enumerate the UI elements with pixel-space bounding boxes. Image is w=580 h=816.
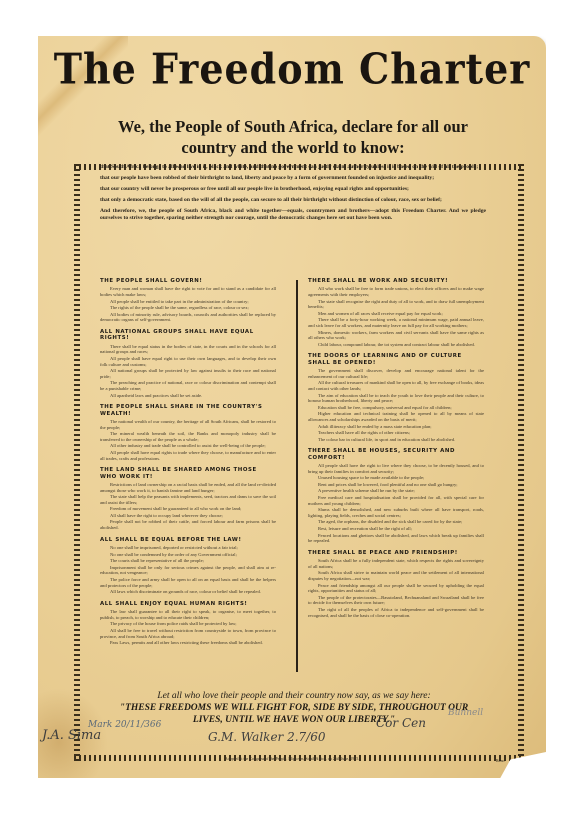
section-clause: Pass Laws, permits and all other laws re… [100, 640, 276, 646]
section-clause: There shall be equal status in the bodie… [100, 344, 276, 355]
section-heading: THERE SHALL BE HOUSES, SECURITY AND COMF… [308, 448, 484, 461]
column-divider [296, 280, 298, 672]
right-column: THERE SHALL BE WORK AND SECURITY!All who… [308, 278, 484, 624]
section-clause: All national groups shall be protected b… [100, 368, 276, 379]
section-clause: There shall be a forty-hour working week… [308, 317, 484, 328]
section-clause: Unused housing space to be made availabl… [308, 475, 484, 481]
section-heading: THE LAND SHALL BE SHARED AMONG THOSE WHO… [100, 467, 276, 480]
section-clause: Rent and prices shall be lowered, food p… [308, 482, 484, 488]
section-clause: A preventive health scheme shall be run … [308, 488, 484, 494]
section-heading: ALL NATIONAL GROUPS SHALL HAVE EQUAL RIG… [100, 329, 276, 342]
section-clause: All the cultural treasures of mankind sh… [308, 380, 484, 391]
section-clause: The state shall recognise the right and … [308, 299, 484, 310]
preamble-paragraph: And therefore, we, the people of South A… [100, 208, 486, 222]
charter-section: ALL SHALL ENJOY EQUAL HUMAN RIGHTS!The l… [100, 601, 276, 646]
charter-section: THERE SHALL BE HOUSES, SECURITY AND COMF… [308, 448, 484, 544]
charter-section: THERE SHALL BE PEACE AND FRIENDSHIP!Sout… [308, 550, 484, 618]
section-clause: All who work shall be free to form trade… [308, 286, 484, 297]
section-clause: The aim of education shall be to teach t… [308, 393, 484, 404]
section-clause: Freedom of movement shall be guaranteed … [100, 506, 276, 512]
section-clause: The privacy of the house from police rai… [100, 621, 276, 627]
section-clause: The preaching and practice of national, … [100, 380, 276, 391]
preamble-paragraph: that only a democratic state, based on t… [100, 197, 486, 204]
signature: J.A. Sima [42, 728, 101, 743]
section-clause: The national wealth of our country, the … [100, 419, 276, 430]
closing-line-1: Let all who love their people and their … [108, 690, 480, 702]
charter-section: THE PEOPLE SHALL GOVERN!Every man and wo… [100, 278, 276, 323]
charter-section: THE LAND SHALL BE SHARED AMONG THOSE WHO… [100, 467, 276, 531]
charter-section: THE PEOPLE SHALL SHARE IN THE COUNTRY'S … [100, 404, 276, 461]
section-heading: THERE SHALL BE WORK AND SECURITY! [308, 278, 484, 284]
section-clause: The colour bar in cultural life, in spor… [308, 437, 484, 443]
freedom-charter-document: The Freedom Charter We, the People of So… [38, 36, 546, 778]
adoption-footer: Adopted at the Congress of the People, K… [38, 756, 546, 761]
section-clause: The state shall help the peasants with i… [100, 494, 276, 505]
section-clause: Adult illiteracy shall be ended by a mas… [308, 424, 484, 430]
section-clause: Free medical care and hospitalisation sh… [308, 495, 484, 506]
section-clause: All bodies of minority rule, advisory bo… [100, 312, 276, 323]
printer-mark: Reno [496, 758, 504, 763]
section-clause: Peace and friendship amongst all our peo… [308, 583, 484, 594]
section-clause: The right of all the peoples of Africa t… [308, 607, 484, 618]
section-clause: All shall have the right to occupy land … [100, 513, 276, 519]
section-clause: All shall be free to travel without rest… [100, 628, 276, 639]
section-clause: The people of the protectorates—Basutola… [308, 595, 484, 606]
section-clause: The law shall guarantee to all their rig… [100, 609, 276, 620]
section-heading: THE PEOPLE SHALL SHARE IN THE COUNTRY'S … [100, 404, 276, 417]
preamble-heading: We, the People of South Africa, declare … [98, 116, 488, 158]
section-heading: THE PEOPLE SHALL GOVERN! [100, 278, 276, 284]
section-clause: The government shall discover, develop a… [308, 368, 484, 379]
section-clause: All people shall be entitled to take par… [100, 299, 276, 305]
section-clause: Miners, domestic workers, farm workers a… [308, 330, 484, 341]
left-column: THE PEOPLE SHALL GOVERN!Every man and wo… [100, 278, 276, 652]
section-clause: The courts shall be representative of al… [100, 558, 276, 564]
section-clause: Teachers shall have all the rights of ot… [308, 430, 484, 436]
section-clause: Slums shall be demolished, and new subur… [308, 507, 484, 518]
charter-section: ALL SHALL BE EQUAL BEFORE THE LAW!No one… [100, 537, 276, 595]
charter-section: THE DOORS OF LEARNING AND OF CULTURE SHA… [308, 353, 484, 442]
section-clause: Rest, leisure and recreation shall be th… [308, 526, 484, 532]
section-clause: All apartheid laws and practices shall b… [100, 393, 276, 399]
section-heading: THERE SHALL BE PEACE AND FRIENDSHIP! [308, 550, 484, 556]
section-clause: Fenced locations and ghettoes shall be a… [308, 533, 484, 544]
signature: G.M. Walker 2.7/60 [208, 730, 326, 744]
charter-section: THERE SHALL BE WORK AND SECURITY!All who… [308, 278, 484, 347]
section-clause: People shall not be robbed of their catt… [100, 519, 276, 530]
section-clause: All people shall have the right to live … [308, 463, 484, 474]
section-clause: Education shall be free, compulsory, uni… [308, 405, 484, 411]
section-clause: All laws which discriminate on grounds o… [100, 589, 276, 595]
charter-section: ALL NATIONAL GROUPS SHALL HAVE EQUAL RIG… [100, 329, 276, 398]
section-clause: All people shall have equal right to use… [100, 356, 276, 367]
section-clause: Every man and woman shall have the right… [100, 286, 276, 297]
preamble-paragraph: that our country will never be prosperou… [100, 186, 486, 193]
section-clause: Child labour, compound labour, the tot s… [308, 342, 484, 348]
section-clause: No one shall be condemned by the order o… [100, 552, 276, 558]
section-clause: All other industry and trade shall be co… [100, 443, 276, 449]
document-title: The Freedom Charter [38, 44, 546, 94]
preamble-paragraph: that South Africa belongs to all who liv… [100, 164, 486, 171]
section-heading: THE DOORS OF LEARNING AND OF CULTURE SHA… [308, 353, 484, 366]
section-heading: ALL SHALL BE EQUAL BEFORE THE LAW! [100, 537, 276, 543]
section-heading: ALL SHALL ENJOY EQUAL HUMAN RIGHTS! [100, 601, 276, 607]
section-clause: Restrictions of land ownership on a raci… [100, 482, 276, 493]
signature: Cor Cen [376, 716, 426, 730]
section-clause: Higher education and technical training … [308, 411, 484, 422]
section-clause: All people shall have equal rights to tr… [100, 450, 276, 461]
section-clause: Men and women of all races shall receive… [308, 311, 484, 317]
section-clause: The mineral wealth beneath the soil, the… [100, 431, 276, 442]
section-clause: The police force and army shall be open … [100, 577, 276, 588]
section-clause: Imprisonment shall be only for serious c… [100, 565, 276, 576]
signature: Bunnell [448, 708, 483, 718]
section-clause: South Africa shall strive to maintain wo… [308, 570, 484, 581]
preamble: that South Africa belongs to all who liv… [100, 164, 486, 226]
section-clause: South Africa shall be a fully independen… [308, 558, 484, 569]
section-clause: The rights of the people shall be the sa… [100, 305, 276, 311]
preamble-paragraph: that our people have been robbed of thei… [100, 175, 486, 182]
section-clause: No one shall be imprisoned, deported or … [100, 545, 276, 551]
section-clause: The aged, the orphans, the disabled and … [308, 519, 484, 525]
